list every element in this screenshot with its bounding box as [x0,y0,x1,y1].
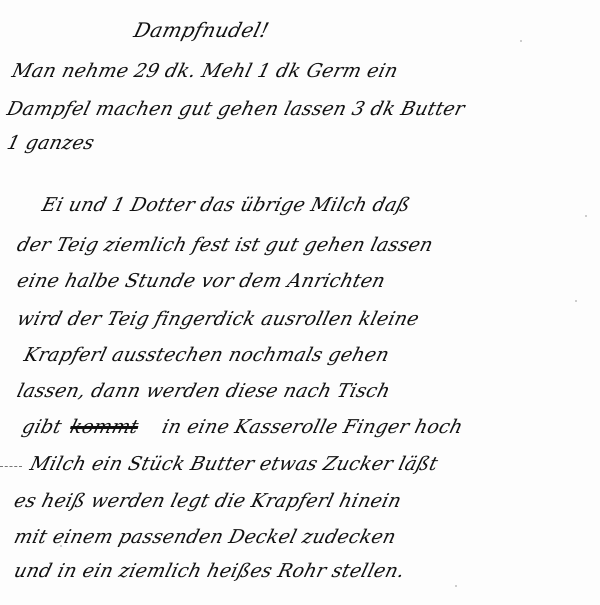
text-line-3: 1 ganzes [5,134,96,153]
paper-speckle [520,40,522,42]
recipe-title: Dampfnudel! [132,20,271,40]
text-line-10: gibt [20,418,64,437]
paper-speckle [575,300,577,302]
text-line-13: mit einem passenden Deckel zudecken [12,528,398,547]
text-line-7: wird der Teig fingerdick ausrollen klein… [15,310,421,329]
paper-speckle [455,585,457,587]
text-line-4: Ei und 1 Dotter das übrige Milch daß [40,196,412,215]
text-line-1: Man nehme 29 dk. Mehl 1 dk Germ ein [10,62,400,81]
text-line-9: lassen, dann werden diese nach Tisch [15,382,392,401]
text-line-2: Dampfel machen gut gehen lassen 3 dk But… [5,100,467,119]
text-line-12: es heiß werden legt die Krapferl hinein [12,492,403,511]
scanned-page: Dampfnudel! Man nehme 29 dk. Mehl 1 dk G… [0,0,600,605]
text-line-8: Krapferl ausstechen nochmals gehen [22,346,391,365]
text-line-11: Milch ein Stück Butter etwas Zucker läßt [28,455,440,474]
margin-mark [0,466,22,467]
struck-word: kommt [68,418,140,437]
text-line-10b: in eine Kasserolle Finger hoch [160,418,465,437]
text-line-6: eine halbe Stunde vor dem Anrichten [15,272,387,291]
text-line-14: und in ein ziemlich heißes Rohr stellen. [12,562,406,581]
text-line-5: der Teig ziemlich fest ist gut gehen las… [15,236,435,255]
paper-speckle [585,215,587,217]
